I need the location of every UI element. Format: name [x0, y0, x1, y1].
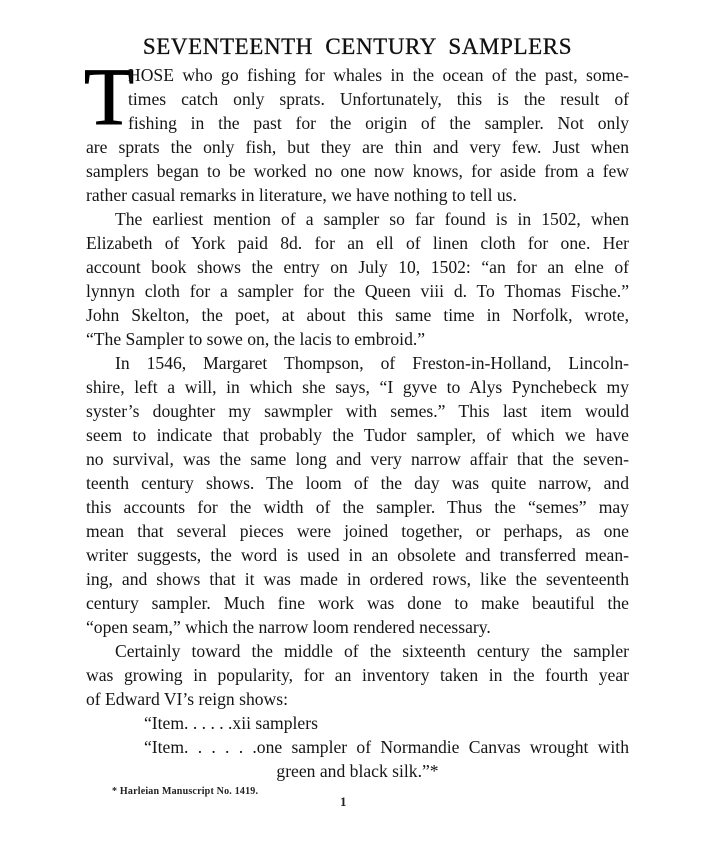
text-line: fishing in the past for the origin of th…	[128, 112, 629, 134]
text-line: was growing in popularity, for an invent…	[86, 664, 629, 686]
page-number: 1	[340, 794, 347, 810]
text-line: rather casual remarks in literature, we …	[86, 184, 629, 206]
text-line: John Skelton, the poet, at about this sa…	[86, 304, 629, 326]
text-line: no survival, was the same long and very …	[86, 448, 629, 470]
text-line: writer suggests, the word is used in an …	[86, 544, 629, 566]
text-line: account book shows the entry on July 10,…	[86, 256, 629, 278]
text-line: HOSE who go fishing for whales in the oc…	[128, 64, 629, 86]
text-line: century sampler. Much fine work was done…	[86, 592, 629, 614]
quote-line: “Item. . . . . .xii samplers	[144, 712, 629, 734]
footnote: * Harleian Manuscript No. 1419.	[112, 786, 258, 797]
text-line: In 1546, Margaret Thompson, of Freston-i…	[115, 352, 629, 374]
drop-cap: T	[84, 62, 134, 134]
page-title: SEVENTEENTH CENTURY SAMPLERS	[86, 34, 629, 60]
text-line: shire, left a will, in which she says, “…	[86, 376, 629, 398]
quote-line: green and black silk.”*	[86, 760, 629, 782]
text-line: this accounts for the width of the sampl…	[86, 496, 629, 518]
text-line: lynnyn cloth for a sampler for the Queen…	[86, 280, 629, 302]
text-line: are sprats the only fish, but they are t…	[86, 136, 629, 158]
text-line: samplers began to be worked no one now k…	[86, 160, 629, 182]
text-line: Elizabeth of York paid 8d. for an ell of…	[86, 232, 629, 254]
text-line: syster’s doughter my sawmpler with semes…	[86, 400, 629, 422]
text-line: “open seam,” which the narrow loom rende…	[86, 616, 629, 638]
text-line: Certainly toward the middle of the sixte…	[115, 640, 629, 662]
text-line: mean that several pieces were joined tog…	[86, 520, 629, 542]
text-line: seem to indicate that probably the Tudor…	[86, 424, 629, 446]
text-line: times catch only sprats. Unfortunately, …	[128, 88, 629, 110]
quote-line: “Item. . . . . .one sampler of Normandie…	[144, 736, 629, 758]
text-line: “The Sampler to sowe on, the lacis to em…	[86, 328, 629, 350]
text-line: of Edward VI’s reign shows:	[86, 688, 629, 710]
text-line: The earliest mention of a sampler so far…	[115, 208, 629, 230]
text-line: ing, and shows that it was made in order…	[86, 568, 629, 590]
text-line: teenth century shows. The loom of the da…	[86, 472, 629, 494]
